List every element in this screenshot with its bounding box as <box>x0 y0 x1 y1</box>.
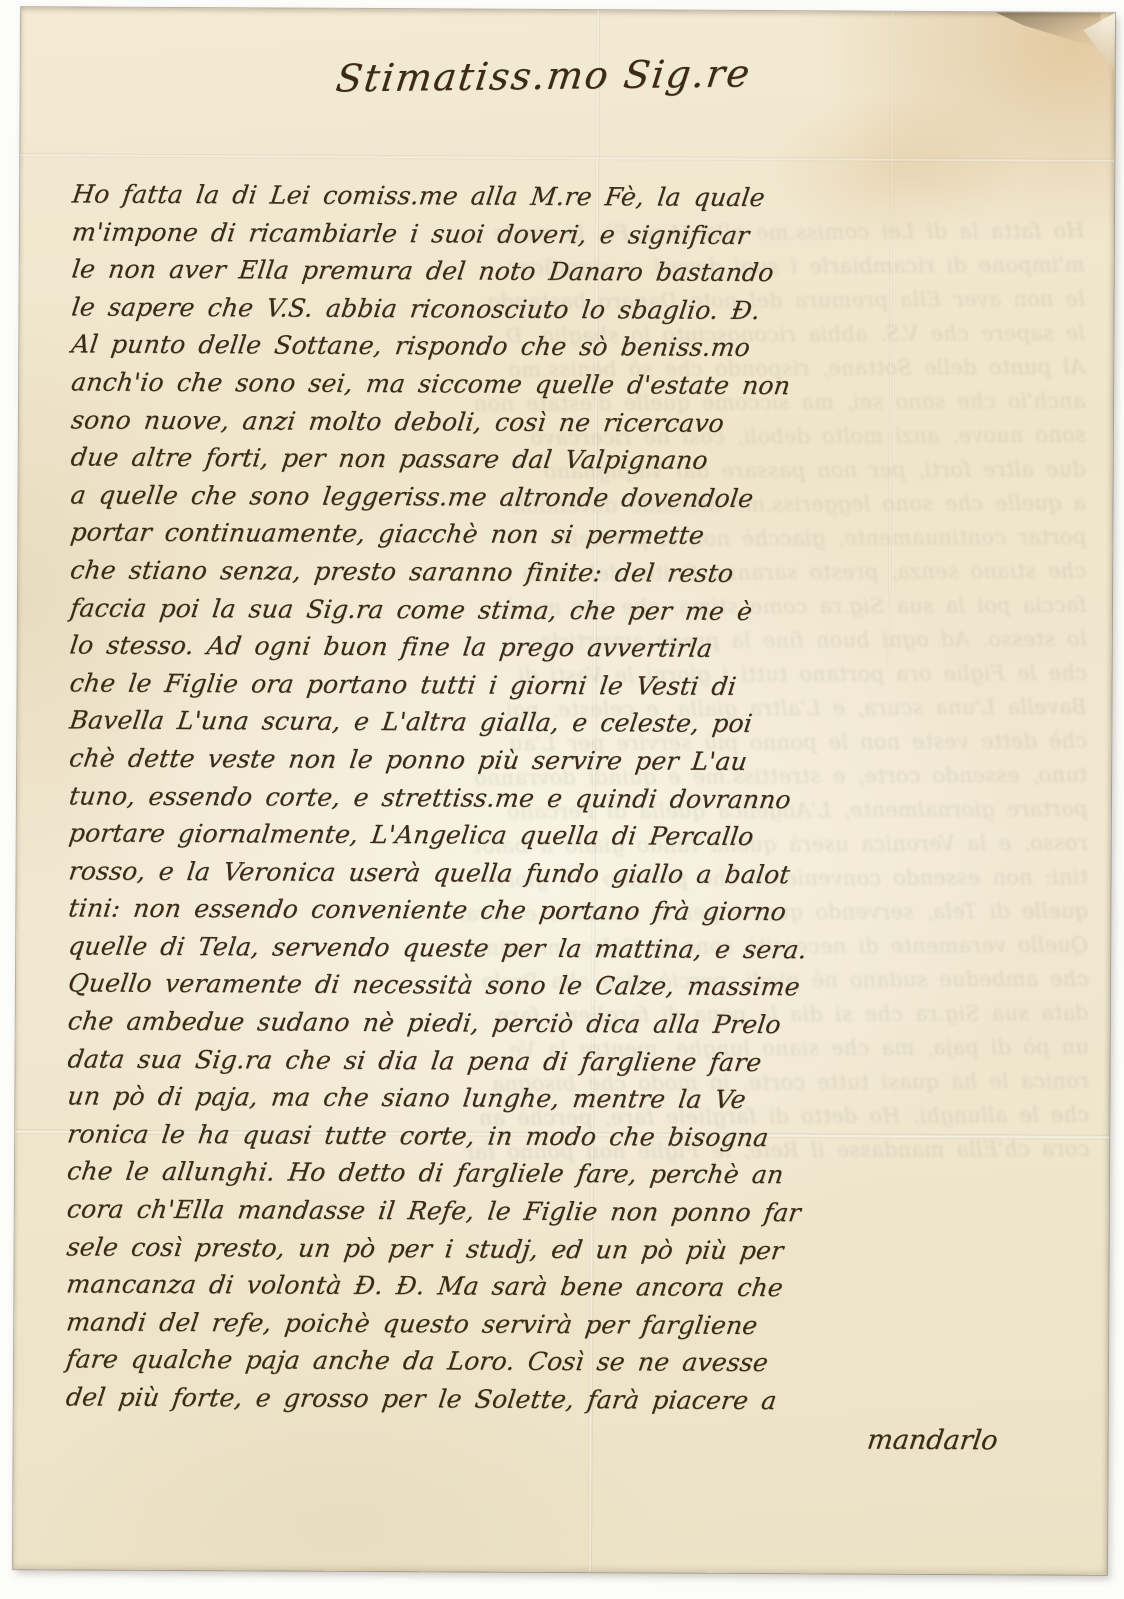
letter-line: lo stesso. Ad ogni buon fine la prego av… <box>68 627 1079 670</box>
letter-line: del più forte, e grosso per le Solette, … <box>64 1378 1075 1421</box>
letter-line: un pò di paja, ma che siano lunghe, ment… <box>65 1078 1076 1121</box>
scanned-letter-page: Ho fatta la di Lei comiss.me alla M.re F… <box>0 0 1124 1599</box>
letter-line: le non aver Ella premura del noto Danaro… <box>70 251 1081 294</box>
letter-line: cora ch'Ella mandasse il Refe, le Figlie… <box>65 1190 1076 1233</box>
letter-body: Ho fatta la di Lei comiss.me alla M.re F… <box>64 175 1076 1421</box>
letter-line: portar continuamente, giacchè non si per… <box>68 514 1079 557</box>
letter-line: mancanza di volontà Đ. Đ. Ma sarà bene a… <box>64 1266 1075 1309</box>
letter-line: sono nuove, anzi molto deboli, così ne r… <box>69 401 1080 444</box>
letter-line: mandi del refe, poichè questo servirà pe… <box>64 1303 1075 1346</box>
letter-line: m'impone di ricambiarle i suoi doveri, e… <box>70 213 1081 256</box>
letter-line: data sua Sig.ra che si dia la pena di fa… <box>65 1040 1076 1083</box>
letter-line: le sapere che V.S. abbia riconosciuto lo… <box>69 288 1080 331</box>
letter-line: tini: non essendo conveniente che portan… <box>66 890 1077 933</box>
letter-line: fare qualche paja anche da Loro. Così se… <box>64 1341 1075 1384</box>
letter-line: ronica le ha quasi tutte corte, in modo … <box>65 1115 1076 1158</box>
letter-line: Quello veramente di necessità sono le Ca… <box>66 965 1077 1008</box>
letter-line: anch'io che sono sei, ma siccome quelle … <box>69 363 1080 406</box>
letter-line: due altre forti, per non passare dal Val… <box>69 439 1080 482</box>
letter-line: quelle di Tela, servendo queste per la m… <box>66 927 1077 970</box>
letter-closing: mandarlo <box>62 1420 1072 1456</box>
letter-line: sele così presto, un pò per i studj, ed … <box>65 1228 1076 1271</box>
letter-line: che le Figlie ora portano tutti i giorni… <box>67 664 1078 707</box>
letter-line: rosso, e la Veronica userà quella fundo … <box>66 852 1077 895</box>
letter-line: Ho fatta la di Lei comiss.me alla M.re F… <box>70 175 1081 218</box>
letter-line: Bavella L'una scura, e L'altra gialla, e… <box>67 702 1078 745</box>
letter-line: che le allunghi. Ho detto di fargliele f… <box>65 1153 1076 1196</box>
letter-line: portare giornalmente, L'Angelica quella … <box>67 815 1078 858</box>
letter-salutation: Stimatiss.mo Sig.re <box>128 49 960 103</box>
letter-line: che ambedue sudano nè piedi, perciò dica… <box>66 1002 1077 1045</box>
letter-line: Al punto delle Sottane, rispondo che sò … <box>69 326 1080 369</box>
letter-line: che stiano senza, presto saranno finite:… <box>68 551 1079 594</box>
letter-content: Stimatiss.mo Sig.re Ho fatta la di Lei c… <box>13 7 1115 1575</box>
letter-line: chè dette veste non le ponno più servire… <box>67 739 1078 782</box>
letter-line: faccia poi la sua Sig.ra come stima, che… <box>68 589 1079 632</box>
letter-line: tuno, essendo corte, e strettiss.me e qu… <box>67 777 1078 820</box>
letter-line: a quelle che sono leggeriss.me altronde … <box>68 476 1079 519</box>
letter-paper: Ho fatta la di Lei comiss.me alla M.re F… <box>13 7 1115 1575</box>
